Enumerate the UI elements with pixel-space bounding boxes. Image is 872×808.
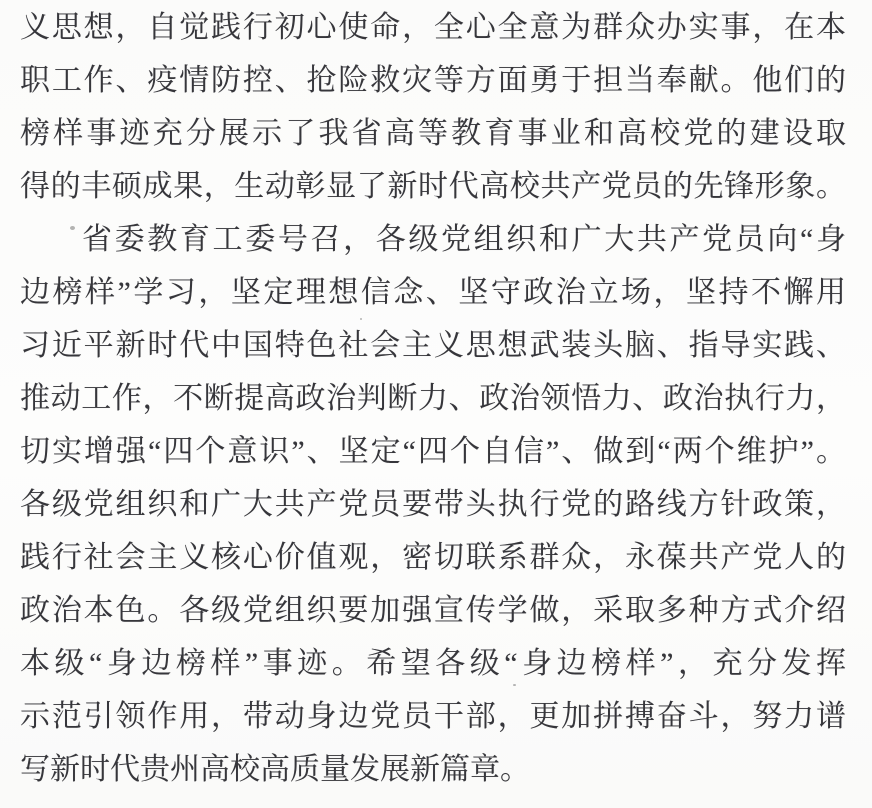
text-line: 各级党组织和广大共产党员要带头执行党的路线方针政策，: [20, 478, 846, 531]
paragraph-first-line: 省委教育工委号召，各级党组织和广大共产党员向“身: [20, 213, 846, 266]
scan-speckle: [70, 226, 75, 230]
text-line: 习近平新时代中国特色社会主义思想武装头脑、指导实践、: [20, 319, 846, 372]
scanned-document-page: 义思想，自觉践行初心使命，全心全意为群众办实事，在本 职工作、疫情防控、抢险救灾…: [0, 0, 872, 808]
document-text: 义思想，自觉践行初心使命，全心全意为群众办实事，在本 职工作、疫情防控、抢险救灾…: [0, 0, 872, 796]
scan-speckle: [360, 318, 362, 320]
paragraph: 省委教育工委号召，各级党组织和广大共产党员向“身 边榜样”学习，坚定理想信念、坚…: [20, 213, 846, 796]
text-line: 切实增强“四个意识”、坚定“四个自信”、做到“两个维护”。: [20, 425, 846, 478]
scan-speckle: [513, 684, 516, 686]
text-line: 职工作、疫情防控、抢险救灾等方面勇于担当奉献。他们的: [20, 54, 846, 107]
text-line: 践行社会主义核心价值观，密切联系群众，永葆共产党人的: [20, 531, 846, 584]
text-line: 政治本色。各级党组织要加强宣传学做，采取多种方式介绍: [20, 584, 846, 637]
paragraph: 义思想，自觉践行初心使命，全心全意为群众办实事，在本 职工作、疫情防控、抢险救灾…: [20, 1, 846, 213]
text-line: 本级“身边榜样”事迹。希望各级“身边榜样”，充分发挥: [20, 637, 846, 690]
text-line: 推动工作，不断提高政治判断力、政治领悟力、政治执行力，: [20, 372, 846, 425]
text-line: 示范引领作用，带动身边党员干部，更加拼搏奋斗，努力谱: [20, 690, 846, 743]
paragraph-last-line: 写新时代贵州高校高质量发展新篇章。: [20, 743, 846, 796]
text-line: 得的丰硕成果，生动彰显了新时代高校共产党员的先锋形象。: [20, 160, 846, 213]
text-line: 边榜样”学习，坚定理想信念、坚守政治立场，坚持不懈用: [20, 266, 846, 319]
text-line: 榜样事迹充分展示了我省高等教育事业和高校党的建设取: [20, 107, 846, 160]
text-line: 义思想，自觉践行初心使命，全心全意为群众办实事，在本: [20, 1, 846, 54]
